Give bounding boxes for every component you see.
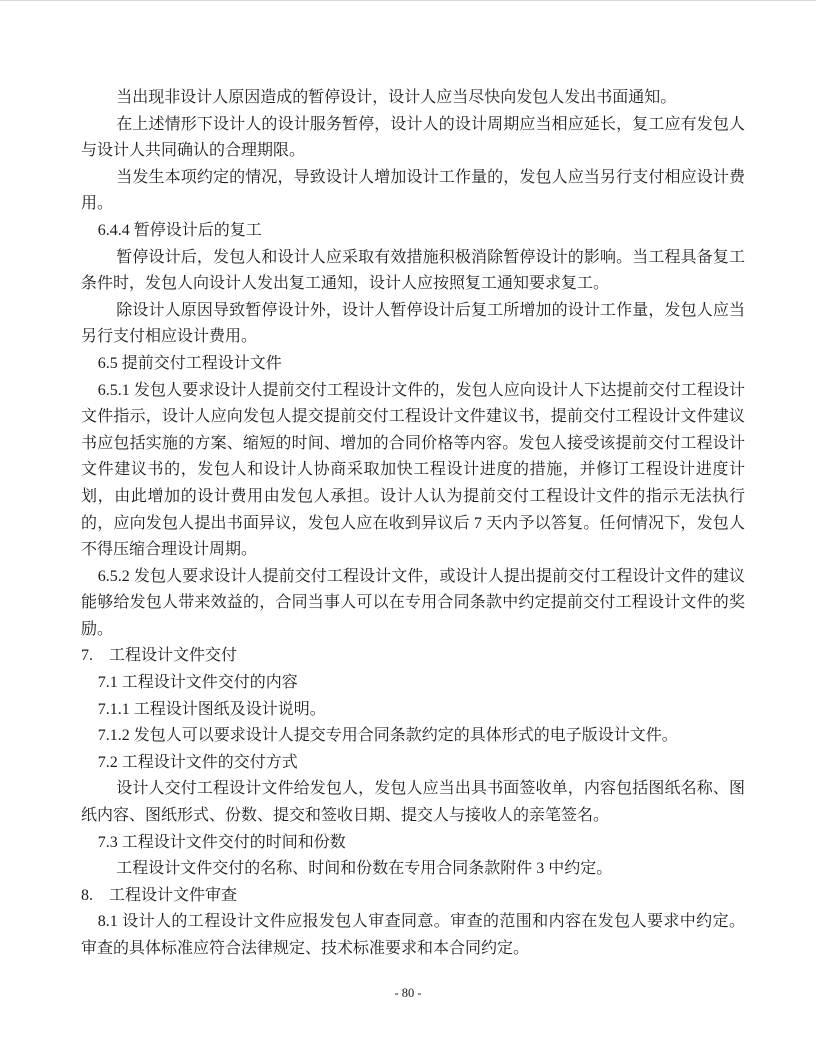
- clause-paragraph: 6.4.4 暂停设计后的复工: [81, 218, 745, 245]
- document-page: 当出现非设计人原因造成的暂停设计，设计人应当尽快向发包人发出书面通知。在上述情形…: [0, 0, 816, 1057]
- chapter-heading: 8. 工程设计文件审查: [81, 883, 745, 910]
- clause-paragraph: 7.1.1 工程设计图纸及设计说明。: [81, 697, 745, 724]
- document-body: 当出现非设计人原因造成的暂停设计，设计人应当尽快向发包人发出书面通知。在上述情形…: [81, 85, 745, 963]
- body-paragraph: 除设计人原因导致暂停设计外，设计人暂停设计后复工所增加的设计工作量，发包人应当另…: [81, 298, 745, 351]
- clause-paragraph: 6.5.1 发包人要求设计人提前交付工程设计文件的，发包人应向设计人下达提前交付…: [81, 378, 745, 564]
- page-number: - 80 -: [0, 985, 816, 1001]
- clause-paragraph: 8.1 设计人的工程设计文件应报发包人审查同意。审查的范围和内容在发包人要求中约…: [81, 909, 745, 962]
- body-paragraph: 当发生本项约定的情况，导致设计人增加设计工作量的，发包人应当另行支付相应设计费用…: [81, 165, 745, 218]
- chapter-heading: 7. 工程设计文件交付: [81, 643, 745, 670]
- clause-paragraph: 7.1 工程设计文件交付的内容: [81, 670, 745, 697]
- clause-paragraph: 6.5.2 发包人要求设计人提前交付工程设计文件，或设计人提出提前交付工程设计文…: [81, 564, 745, 644]
- body-paragraph: 当出现非设计人原因造成的暂停设计，设计人应当尽快向发包人发出书面通知。: [81, 85, 745, 112]
- body-paragraph: 暂停设计后，发包人和设计人应采取有效措施积极消除暂停设计的影响。当工程具备复工条…: [81, 245, 745, 298]
- body-paragraph: 设计人交付工程设计文件给发包人，发包人应当出具书面签收单，内容包括图纸名称、图纸…: [81, 776, 745, 829]
- clause-paragraph: 7.3 工程设计文件交付的时间和份数: [81, 830, 745, 857]
- clause-paragraph: 6.5 提前交付工程设计文件: [81, 351, 745, 378]
- clause-paragraph: 7.2 工程设计文件的交付方式: [81, 750, 745, 777]
- clause-paragraph: 7.1.2 发包人可以要求设计人提交专用合同条款约定的具体形式的电子版设计文件。: [81, 723, 745, 750]
- body-paragraph: 工程设计文件交付的名称、时间和份数在专用合同条款附件 3 中约定。: [81, 856, 745, 883]
- body-paragraph: 在上述情形下设计人的设计服务暂停，设计人的设计周期应当相应延长，复工应有发包人与…: [81, 112, 745, 165]
